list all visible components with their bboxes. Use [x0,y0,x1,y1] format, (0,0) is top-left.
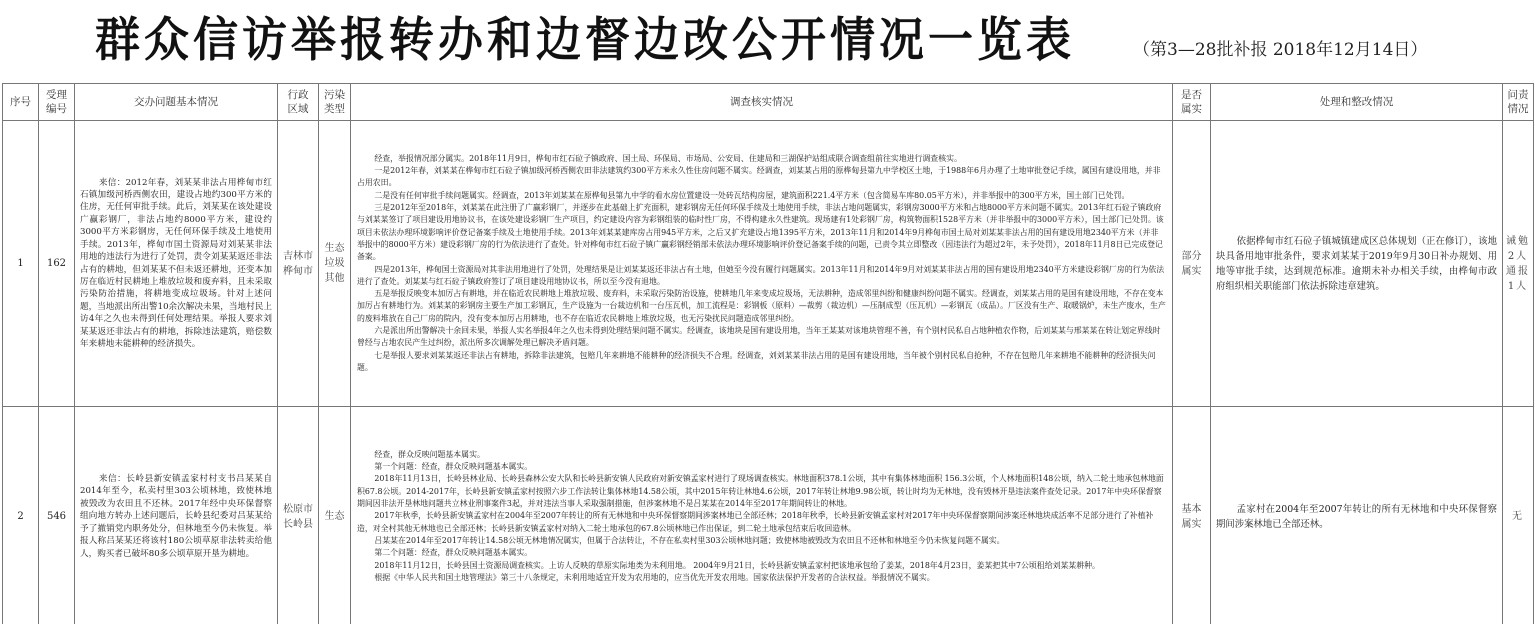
page-subtitle: （第3—28批补报 2018年12月14日） [1133,38,1427,62]
investigation-paragraph: 2017年秋季，长岭县新安镇孟家村在2004年至2007年转让的所有无林地和中央… [357,510,1166,535]
cell-investigation: 经查，群众反映问题基本属实。 第一个问题：经查，群众反映问题基本属实。 2018… [351,407,1173,624]
col-header-pollution-type: 污染类型 [319,84,351,121]
cell-region: 松原市长岭县 [278,407,319,624]
investigation-paragraph: 四是2013年，桦甸国土资源局对其非法用地进行了处罚，处理结果是让刘某某返还非法… [357,264,1166,289]
cell-pollution-type: 生态垃圾其他 [319,121,351,407]
col-header-verified: 是否属实 [1173,84,1211,121]
investigation-paragraph: 第二个问题：经查，群众反映问题基本属实。 [357,547,1166,559]
investigation-paragraph: 三是2012年至2018年，刘某某在此注册了广赢彩钢厂，并逐步在此基础上扩充面积… [357,202,1166,263]
investigation-paragraph: 六是派出所出警解决十余回未果，举报人实名举报4年之久也未得到处理结果问题不属实。… [357,325,1166,350]
cell-case-no: 162 [39,121,75,407]
cell-pollution-type: 生态 [319,407,351,624]
investigation-paragraph: 五是举报反映变本加厉占有耕地，并在临近农民耕地上堆放垃圾、废弃料，未采取污染防治… [357,288,1166,325]
cell-complaint: 来信：长岭县新安镇孟家村村支书吕某某自2014年至今，私卖村里303公顷林地，致… [75,407,278,624]
investigation-paragraph: 2018年11月13日，长岭县林业局、长岭县森林公安大队和长岭县新安镇人民政府对… [357,473,1166,510]
investigation-paragraph: 经查，群众反映问题基本属实。 [357,449,1166,461]
investigation-paragraph: 七是举报人要求刘某某返还非法占有耕地，拆除非法建筑，包赔几年来耕地不能耕种的经济… [357,350,1166,375]
col-header-investigation: 调查核实情况 [351,84,1173,121]
cell-investigation: 经查，举报情况部分属实。2018年11月9日，桦甸市红石砬子镇政府、国土局、环保… [351,121,1173,407]
col-header-region: 行政区域 [278,84,319,121]
cell-region: 吉林市桦甸市 [278,121,319,407]
cell-accountability: 诫勉2人通报1人 [1503,121,1534,407]
investigation-paragraph: 2018年11月12日，长岭县国土资源局调查核实。上访人反映的草原实际地类为未利… [357,560,1166,572]
cell-index: 2 [3,407,39,624]
investigation-paragraph: 吕某某在2014年至2017年转让14.58公顷无林地情况属实，但属于合法转让，… [357,535,1166,547]
cell-handling: 孟家村在2004年至2007年转让的所有无林地和中央环保督察期间涉案林地已全部还… [1211,407,1503,624]
table-row: 1 162 来信：2012年春，刘某某非法占用桦甸市红石镇加级河桥西侧农田，建设… [3,121,1534,407]
col-header-case-no: 受理编号 [39,84,75,121]
table-header-row: 序号 受理编号 交办问题基本情况 行政区域 污染类型 调查核实情况 是否属实 处… [3,84,1534,121]
investigation-paragraph: 根据《中华人民共和国土地管理法》第三十八条规定，未利用地适宜开发为农用地的，应当… [357,572,1166,584]
table-row: 2 546 来信：长岭县新安镇孟家村村支书吕某某自2014年至今，私卖村里303… [3,407,1534,624]
investigation-paragraph: 第一个问题：经查，群众反映问题基本属实。 [357,461,1166,473]
col-header-accountability: 问责情况 [1503,84,1534,121]
cell-complaint: 来信：2012年春，刘某某非法占用桦甸市红石镇加级河桥西侧农田，建设占地约300… [75,121,278,407]
col-header-handling: 处理和整改情况 [1211,84,1503,121]
col-header-index: 序号 [3,84,39,121]
page-title: 群众信访举报转办和边督边改公开情况一览表 [95,9,1075,72]
col-header-complaint: 交办问题基本情况 [75,84,278,121]
cell-handling: 依据桦甸市红石砬子镇城镇建成区总体规划（正在修订），该地块具备用地审批条件，要求… [1211,121,1503,407]
complaints-table: 序号 受理编号 交办问题基本情况 行政区域 污染类型 调查核实情况 是否属实 处… [2,83,1534,624]
investigation-paragraph: 经查，举报情况部分属实。2018年11月9日，桦甸市红石砬子镇政府、国土局、环保… [357,153,1166,165]
cell-case-no: 546 [39,407,75,624]
cell-verified: 基本属实 [1173,407,1211,624]
investigation-paragraph: 二是没有任何审批手续问题属实。经调查，2013年刘某某在原桦甸县第九中学的看水房… [357,190,1166,202]
page-header: 群众信访举报转办和边督边改公开情况一览表 （第3—28批补报 2018年12月1… [0,0,1535,80]
investigation-paragraph: 一是2012年春，刘某某在桦甸市红石砬子镇加级河桥西侧农田非法建筑约300平方米… [357,165,1166,190]
cell-verified: 部分属实 [1173,121,1211,407]
cell-accountability: 无 [1503,407,1534,624]
cell-index: 1 [3,121,39,407]
